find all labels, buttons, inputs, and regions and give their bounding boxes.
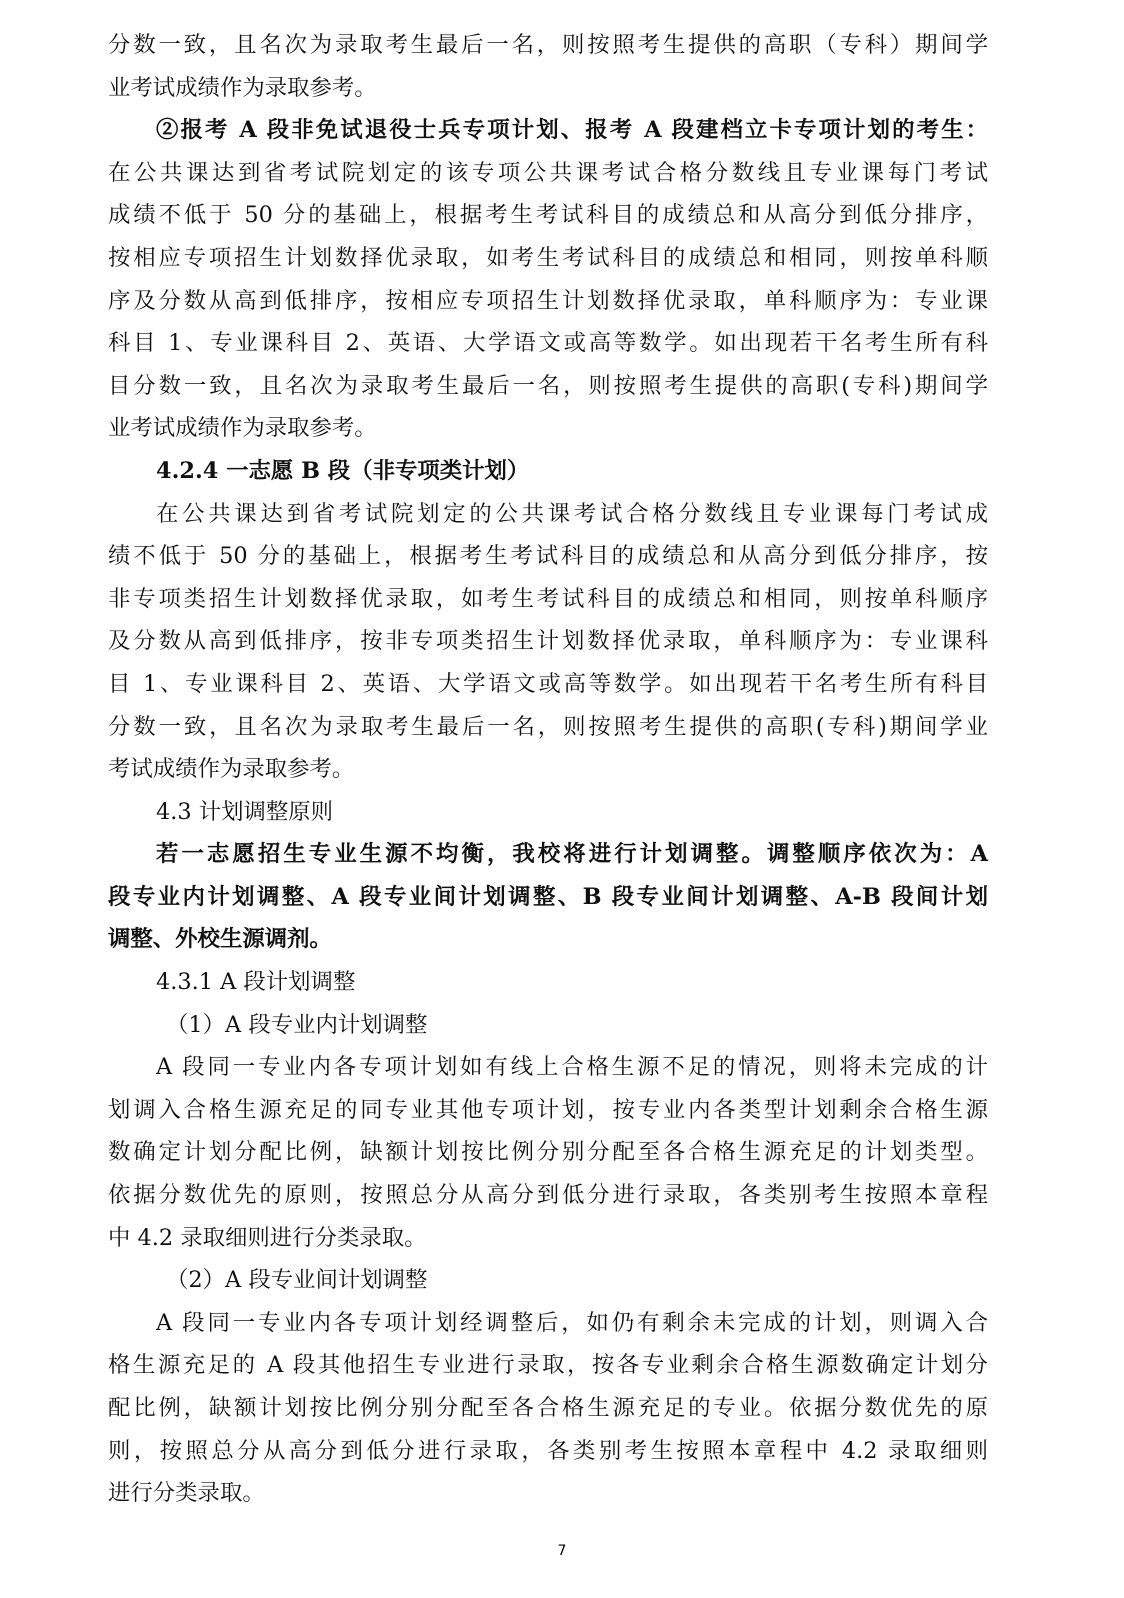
page-content: 分数一致，且名次为录取考生最后一名，则按照考生提供的高职（专科）期间学 业考试成… [108,24,988,1515]
paragraph-4-3-1-2-body: A 段同一专业内各专项计划经调整后，如仍有剩余未完成的计划，则调入合 格生源充足… [108,1302,988,1515]
text-line: 考试成绩作为录取参考。 [108,748,988,791]
document-page: 分数一致，且名次为录取考生最后一名，则按照考生提供的高职（专科）期间学 业考试成… [0,0,1124,1598]
text-line: 则，按照总分从高分到低分进行录取，各类别考生按照本章程中 4.2 录取细则 [108,1430,988,1473]
text-line: 序及分数从高到低排序，按相应专项招生计划数择优录取，单科顺序为：专业课 [108,280,988,323]
paragraph-4-2-4-body: 在公共课达到省考试院划定的公共课考试合格分数线且专业课每门考试成 绩不低于 50… [108,493,988,791]
text-line: 调整、外校生源调剂。 [108,918,988,961]
text-line: 段专业内计划调整、A 段专业间计划调整、B 段专业间计划调整、A-B 段间计划 [108,876,988,919]
paragraph-item-2: ②报考 A 段非免试退役士兵专项计划、报考 A 段建档立卡专项计划的考生： 在公… [108,109,988,450]
text-line: 进行分类录取。 [108,1472,988,1515]
text-line: 业考试成绩作为录取参考。 [108,407,988,450]
text-line: 在公共课达到省考试院划定的公共课考试合格分数线且专业课每门考试成 [108,493,988,536]
paragraph-continuation: 分数一致，且名次为录取考生最后一名，则按照考生提供的高职（专科）期间学 业考试成… [108,24,988,109]
text-line: 目 1、专业课科目 2、英语、大学语文或高等数学。如出现若干名考生所有科目 [108,663,988,706]
text-line: 若一志愿招生专业生源不均衡，我校将进行计划调整。调整顺序依次为：A [108,833,988,876]
text-line: 按相应专项招生计划数择优录取，如考生考试科目的成绩总和相同，则按单科顺 [108,237,988,280]
subheading-4-3-1-2: （2）A 段专业间计划调整 [108,1259,988,1302]
text-line: 在公共课达到省考试院划定的该专项公共课考试合格分数线且专业课每门考试 [108,152,988,195]
text-line: 非专项类招生计划数择优录取，如考生考试科目的成绩总和相同，则按单科顺序 [108,578,988,621]
text-line: 业考试成绩作为录取参考。 [108,67,988,110]
text-line: 分数一致，且名次为录取考生最后一名，则按照考生提供的高职(专科)期间学业 [108,706,988,749]
text-line: 分数一致，且名次为录取考生最后一名，则按照考生提供的高职（专科）期间学 [108,24,988,67]
section-heading-4-2-4: 4.2.4 一志愿 B 段（非专项类计划） [108,450,988,493]
text-line: 依据分数优先的原则，按照总分从高分到低分进行录取，各类别考生按照本章程 [108,1174,988,1217]
text-line: 成绩不低于 50 分的基础上，根据考生考试科目的成绩总和从高分到低分排序， [108,194,988,237]
subheading-4-3-1-1: （1）A 段专业内计划调整 [108,1004,988,1047]
text-line: 及分数从高到低排序，按非专项类招生计划数择优录取，单科顺序为：专业课科 [108,620,988,663]
item-2-lead: ②报考 A 段非免试退役士兵专项计划、报考 A 段建档立卡专项计划的考生： [108,109,988,152]
text-line: 科目 1、专业课科目 2、英语、大学语文或高等数学。如出现若干名考生所有科 [108,322,988,365]
page-number: 7 [0,1543,1124,1559]
text-line: 绩不低于 50 分的基础上，根据考生考试科目的成绩总和从高分到低分排序，按 [108,535,988,578]
text-line: 目分数一致，且名次为录取考生最后一名，则按照考生提供的高职(专科)期间学 [108,365,988,408]
text-line: A 段同一专业内各专项计划如有线上合格生源不足的情况，则将未完成的计 [108,1046,988,1089]
text-line: 配比例，缺额计划按比例分别分配至各合格生源充足的专业。依据分数优先的原 [108,1387,988,1430]
paragraph-4-3-1-1-body: A 段同一专业内各专项计划如有线上合格生源不足的情况，则将未完成的计 划调入合格… [108,1046,988,1259]
text-line: 格生源充足的 A 段其他招生专业进行录取，按各专业剩余合格生源数确定计划分 [108,1344,988,1387]
section-heading-4-3-1: 4.3.1 A 段计划调整 [108,961,988,1004]
text-line: 数确定计划分配比例，缺额计划按比例分别分配至各合格生源充足的计划类型。 [108,1131,988,1174]
paragraph-4-3-body: 若一志愿招生专业生源不均衡，我校将进行计划调整。调整顺序依次为：A 段专业内计划… [108,833,988,961]
text-line: 中 4.2 录取细则进行分类录取。 [108,1217,988,1260]
text-line: 划调入合格生源充足的同专业其他专项计划，按专业内各类型计划剩余合格生源 [108,1089,988,1132]
text-line: A 段同一专业内各专项计划经调整后，如仍有剩余未完成的计划，则调入合 [108,1302,988,1345]
section-heading-4-3: 4.3 计划调整原则 [108,791,988,834]
